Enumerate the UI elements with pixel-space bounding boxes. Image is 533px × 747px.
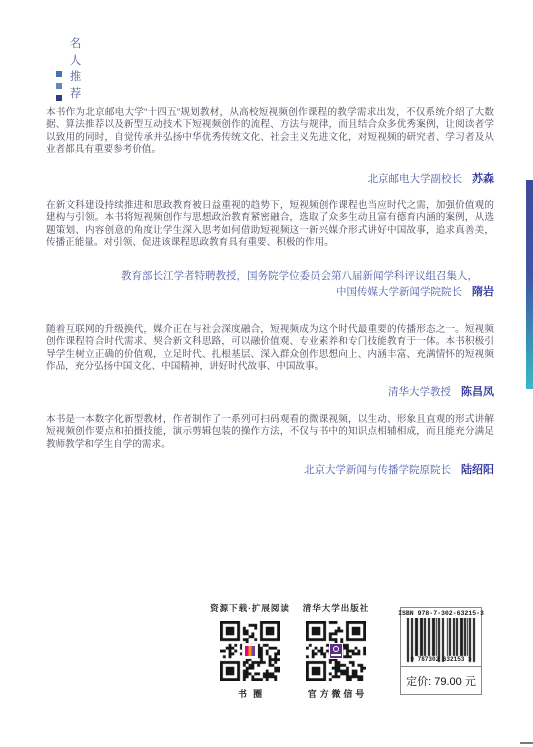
recommendation-1-text: 本书作为北京邮电大学“十四五”规划教材，从高校短视频创作课程的教学需求出发，不仅… (46, 107, 494, 156)
tup-press-logo-icon (329, 643, 343, 659)
qr-code-book-circle (220, 621, 280, 681)
attribution-title: 北京邮电大学副校长 (368, 173, 463, 185)
attribution-name: 隋岩 (472, 286, 494, 298)
tup-logo-text-bar (331, 654, 341, 656)
decor-square-1 (56, 71, 62, 77)
recommendation-3-attribution: 清华大学教授陈昌凤 (46, 383, 494, 399)
section-label-text: 名人推荐 (68, 36, 83, 102)
book-circle-logo-icon (243, 644, 257, 658)
recommendation-1-attribution: 北京邮电大学副校长苏森 (46, 170, 494, 186)
decor-squares (56, 71, 62, 101)
attribution-title: 清华大学教授 (388, 386, 451, 398)
recommendation-4-attribution: 北京大学新闻与传播学院原院长陆绍阳 (46, 461, 494, 477)
trim-mark (520, 742, 533, 744)
attribution-name: 苏森 (472, 173, 494, 185)
recommendation-4-text: 本书是一本数字化新型教材，作者制作了一系列可扫码观看的微课视频，以生动、形象且直… (46, 414, 494, 451)
qr-wechat-label: 官方微信号 (308, 687, 367, 700)
qr-wechat-header: 清华大学出版社 (303, 602, 370, 614)
qr-book-circle-header: 资源下载·扩展阅读 (210, 602, 290, 614)
barcode-digits: 9 787302 632153 > (410, 656, 471, 663)
qr-book-circle-label: 书圈 (238, 687, 269, 700)
qr-section-wechat: 清华大学出版社 官方微信号 (286, 602, 386, 700)
isbn-number: ISBN 978-7-302-63215-3 (398, 610, 484, 617)
attribution-title: 中国传媒大学新闻学院院长 (336, 286, 462, 298)
book-back-cover: 名人推荐 本书作为北京邮电大学“十四五”规划教材，从高校短视频创作课程的教学需求… (0, 0, 533, 747)
gradient-strip (526, 180, 533, 389)
attribution-title: 北京大学新闻与传播学院原院长 (304, 464, 451, 476)
isbn-barcode-box: ISBN 978-7-302-63215-3 9 787302 632153 >… (400, 607, 482, 695)
attribution-name: 陈昌凤 (461, 386, 494, 398)
recommendation-2-attribution-line1: 教育部长江学者特聘教授，国务院学位委员会第八届新闻学科评议组召集人， (46, 268, 494, 283)
recommendation-2-attribution: 中国传媒大学新闻学院院长隋岩 (46, 283, 494, 299)
price-label: 定价: 79.00 元 (401, 666, 481, 694)
decor-square-3 (56, 95, 62, 101)
recommendation-2-text: 在新文科建设持续推进和思政教育被日益重视的趋势下，短视频创作课程也当应时代之需，… (46, 200, 494, 249)
attribution-name: 陆绍阳 (461, 464, 494, 476)
qr-code-wechat (306, 621, 366, 681)
qr-section-book-circle: 资源下载·扩展阅读 书圈 (200, 602, 300, 700)
decor-square-2 (56, 83, 62, 89)
tup-seal-icon (333, 646, 339, 652)
recommendation-3-text: 随着互联网的升级换代，媒介正在与社会深度融合，短视频成为这个时代最重要的传播形态… (46, 324, 494, 373)
